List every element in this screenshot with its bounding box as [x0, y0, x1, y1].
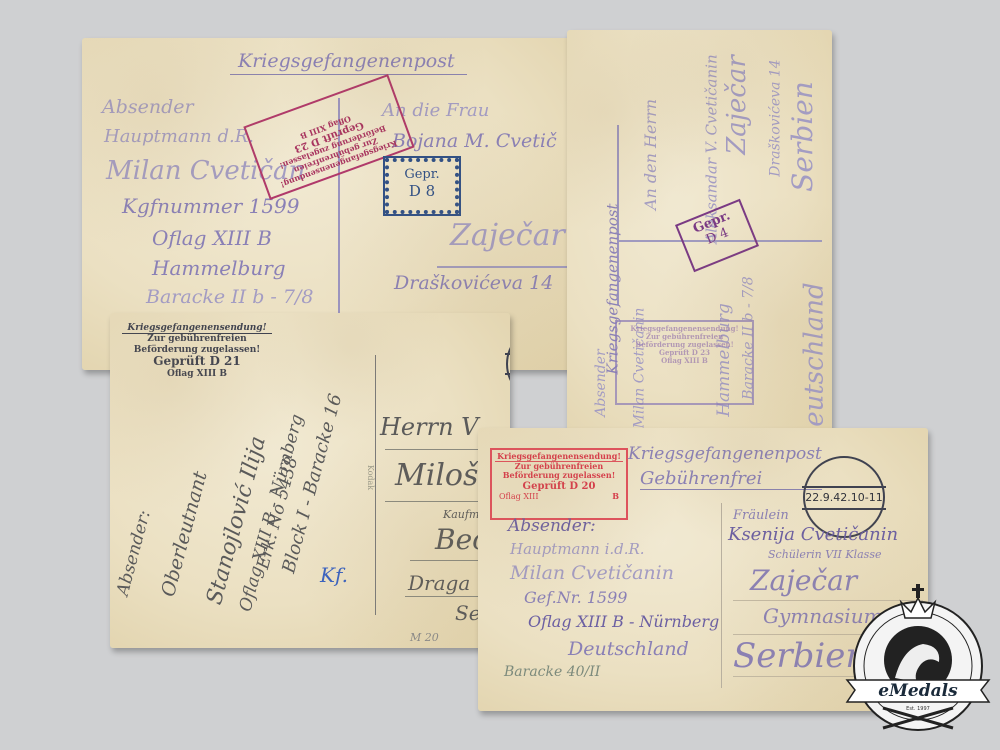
card2-recipient-line: Serbien: [786, 81, 819, 192]
card2-recipient-line: Zaječar: [722, 55, 752, 155]
card3-recipient-line: Kaufm: [443, 508, 479, 521]
card2-sender-line: Absender: [593, 349, 609, 417]
card4-pencil-note: Baracke 40/II: [504, 664, 600, 680]
card1-recipient-line: Zaječar: [450, 218, 565, 253]
card2-recipient-line: An den Herrn: [641, 99, 660, 210]
card4-sender-line: Absender:: [508, 516, 596, 536]
card4-censor-stamp-red: Kriegsgefangenensendung! Zur gebührenfre…: [490, 448, 628, 520]
card1-header: Kriegsgefangenenpost: [230, 50, 467, 75]
card4-recipient-line: Fräulein: [733, 508, 789, 523]
card3-recipient-line: Herrn V: [380, 413, 479, 441]
emedals-brand: eMedals: [843, 681, 993, 701]
card4-sender-line: Deutschland: [568, 638, 689, 660]
postcard-bottom-left: Kriegsgefangenensendung! Zur gebührenfre…: [110, 313, 510, 648]
card2-censor-stamp-purple: Gepr. D 4: [675, 199, 759, 273]
card4-sender-line: Hauptmann i.d.R.: [510, 540, 645, 558]
card3-sender-line: Oberleutnant: [157, 469, 212, 599]
card3-postmark: 22.2.43: [506, 327, 510, 401]
card4-header: Kriegsgefangenenpost: [628, 444, 822, 464]
card2-censor-stamp-faded: Kriegsgefangenensendung! Zur gebührenfre…: [615, 320, 754, 405]
card1-recipient-line: Bojana M. Cvetič: [392, 130, 557, 152]
emedals-established: Est. 1997: [843, 706, 993, 712]
card4-recipient-line: Schülerin VII Klasse: [768, 548, 881, 561]
card4-sender-line: Oflag XIII B - Nürnberg: [528, 612, 719, 631]
card2-recipient-line: Draškovićeva 14: [768, 59, 784, 176]
card4-recipient-line: Zaječar: [750, 564, 857, 597]
card3-recipient-line: Se: [455, 601, 481, 625]
card2-sender-line: Deutschland: [800, 282, 830, 445]
card1-sender-line: Hauptmann d.R.: [104, 126, 254, 147]
card3-censor-stamp: Kriegsgefangenensendung! Zur gebührenfre…: [122, 323, 272, 408]
card4-header-free: Gebührenfrei: [640, 468, 822, 490]
card1-sender-line: Hammelburg: [152, 256, 286, 280]
emedals-crest-icon: [843, 578, 993, 743]
card1-recipient-line: Draškovićeva 14: [394, 272, 553, 294]
card3-divider-print: Kodak: [366, 465, 375, 490]
card3-sender-line: Absender:: [113, 508, 155, 598]
card3-pencil-note: M 20: [410, 631, 439, 644]
card1-censor-stamp-blue: Gepr. D 8: [385, 158, 459, 214]
card1-sender-line: Baracke II b - 7/8: [146, 286, 313, 308]
card4-sender-line: Gef.Nr. 1599: [524, 588, 627, 607]
emedals-watermark: eMedals Est. 1997: [843, 578, 993, 743]
card4-recipient-line: Ksenija Cvetičanin: [728, 524, 898, 545]
card1-sender-line: Absender: [102, 96, 194, 118]
card3-recipient-line: Draga: [408, 571, 470, 595]
card1-address-line: [437, 266, 577, 268]
postcard-top-right: Kriegsgefangenenpost An den Herrn Aleksa…: [567, 30, 832, 445]
card4-sender-line: Milan Cvetičanin: [510, 562, 674, 584]
card1-sender-line: Oflag XIII B: [152, 226, 272, 250]
card4-divider: [721, 503, 722, 688]
card3-blue-mark: Kf.: [320, 563, 348, 587]
